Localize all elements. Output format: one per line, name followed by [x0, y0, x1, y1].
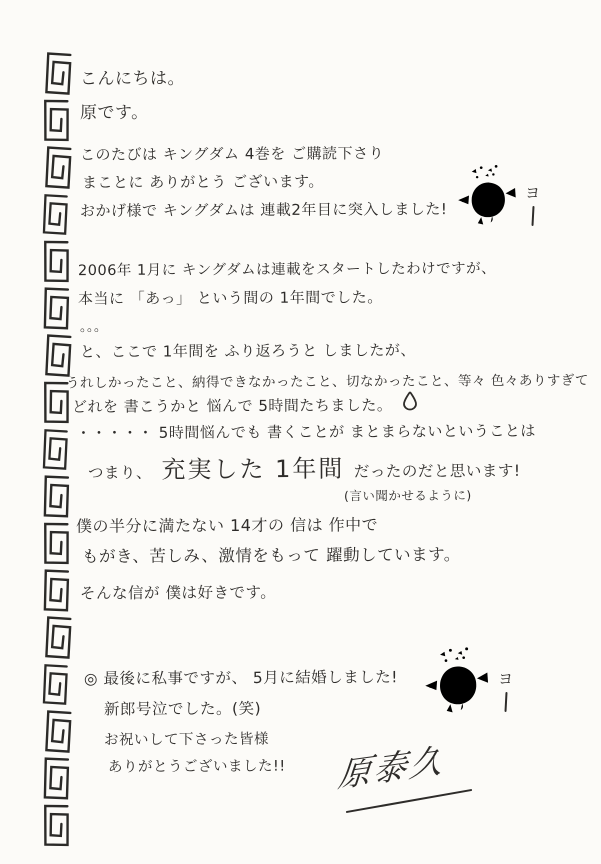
handwritten-letter-page: こんにちは。 原です。 このたびは キングダム 4巻を ご購読下さり まことに … — [0, 0, 601, 864]
thanks-line-2: まことに ありがとう ございます。 — [82, 170, 324, 192]
yo-dash — [531, 206, 534, 226]
retrospective-3: と、ここで 1年間を ふり返ろうと しましたが、 — [80, 339, 416, 362]
spiral-doodle-icon — [35, 801, 74, 848]
serialization-note: おかげ様で キングダムは 連載2年目に突入しました! — [80, 198, 447, 221]
spiral-doodle-icon — [37, 708, 76, 755]
spiral-doodle-icon — [35, 519, 74, 566]
spiral-doodle-icon — [37, 144, 76, 191]
yo-kana: ヨ — [525, 184, 540, 202]
yo-exclamation-top: ヨー ヨ — [525, 186, 540, 226]
greeting-name: 原です。 — [80, 98, 149, 123]
summary-suffix: だったのだと思います! — [348, 462, 520, 481]
summary-note: (言い聞かせるように) — [344, 486, 472, 505]
yo-exclamation-bottom: ヨ — [498, 672, 513, 712]
spiral-doodle-icon — [35, 192, 72, 237]
spiral-doodle-icon — [35, 427, 72, 472]
memories-line: うれしかったこと、納得できなかったこと、切なかったこと、等々 色々ありすぎて — [66, 369, 589, 392]
retrospective-1: 2006年 1月に キングダムは連載をスタートしたわけですが、 — [78, 257, 496, 280]
signature: 原泰久 — [336, 734, 448, 797]
deliberation-line: どれを 書こうかと 悩んで 5時間たちました。 — [72, 394, 392, 417]
spiral-doodle-icon — [36, 473, 74, 519]
conclusion-lead: ・・・・・ 5時間悩んでも 書くことが まとまらないということは — [76, 420, 536, 443]
chick-doodle-icon — [412, 644, 508, 726]
postscript-thanks-1: お祝いして下さった皆様 — [104, 728, 269, 750]
yo-dash — [504, 692, 507, 712]
shin-description-1: 僕の半分に満たない 14才の 信は 作中で — [76, 512, 378, 537]
spiral-doodle-icon — [37, 614, 76, 661]
summary-emphasis: 充実した 1年間 — [157, 455, 348, 484]
summary-prefix: つまり、 — [88, 464, 158, 482]
yo-kana: ヨ — [498, 670, 513, 688]
retrospective-2: 本当に 「あっ」 という間の 1年間でした。 — [78, 286, 383, 309]
spiral-doodle-icon — [36, 567, 74, 613]
spiral-doodle-icon — [35, 662, 72, 707]
spiral-border-column — [36, 50, 74, 849]
shin-description-2: もがき、苦しみ、激情をもって 躍動しています。 — [82, 541, 461, 567]
spiral-doodle-icon — [35, 237, 74, 284]
postscript-marriage: ◎ 最後に私事ですが、 5月に結婚しました! — [84, 665, 398, 689]
ellipsis-line: 。。。 — [80, 316, 108, 335]
postscript-groom: 新郎号泣でした。(笑) — [104, 697, 261, 720]
spiral-doodle-icon — [35, 96, 74, 143]
shin-affection: そんな信が 僕は好きです。 — [80, 580, 276, 603]
spiral-doodle-icon — [36, 285, 74, 331]
postscript-thanks-2: ありがとうございました!! — [108, 755, 286, 777]
greeting-hello: こんにちは。 — [80, 64, 185, 90]
sweat-drop-icon — [402, 390, 418, 412]
spiral-doodle-icon — [37, 50, 76, 97]
thanks-line-1: このたびは キングダム 4巻を ご購読下さり — [80, 142, 384, 165]
spiral-doodle-icon — [36, 755, 74, 801]
chick-doodle-icon — [446, 162, 534, 237]
summary-line: つまり、 充実した 1年間 だったのだと思います! — [88, 448, 521, 485]
